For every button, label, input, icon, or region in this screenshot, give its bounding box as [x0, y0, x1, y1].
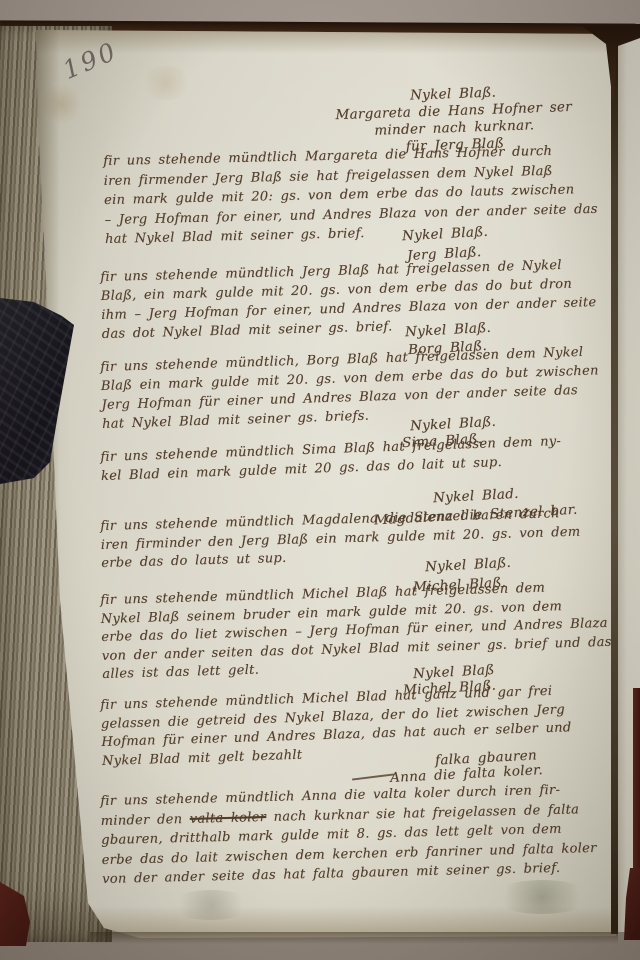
page-drop-shadow [90, 932, 618, 944]
entry-6: fir uns stehende mündtlich Michel Blaß h… [100, 578, 612, 685]
paper-stain [492, 880, 592, 914]
entry-8: fir uns stehende mündtlich Anna die valt… [100, 780, 597, 890]
paper-stain [168, 890, 254, 920]
manuscript-photo: 190 Nykel Blaß. Margareta die Hans Hofne… [0, 0, 640, 960]
signature: Nykel Blad. [433, 486, 519, 506]
text-segment: minder den [101, 811, 190, 828]
signature-flourish [352, 773, 394, 780]
entry-3: fir uns stehende mündtlich, Borg Blaß ha… [100, 342, 600, 434]
paper-stain [40, 84, 82, 124]
signature: Nykel Blaß. [425, 555, 512, 575]
gutter-shadow [611, 30, 618, 934]
entry-1: fir uns stehende mündtlich Margareta die… [103, 141, 598, 250]
paper-stain [138, 66, 194, 100]
struck-text: valta koler [190, 809, 267, 826]
signature: Nykel Blaß. [405, 320, 492, 340]
signature: Nykel Blaß. [402, 224, 489, 244]
entry-4: fir uns stehende mündtlich Sima Blaß hat… [100, 432, 562, 486]
manuscript-page: 190 Nykel Blaß. Margareta die Hans Hofne… [0, 0, 640, 960]
entry-2: fir uns stehende mündtlich Jerg Blaß hat… [100, 255, 597, 344]
signature: Nykel Blaß. [410, 414, 497, 434]
